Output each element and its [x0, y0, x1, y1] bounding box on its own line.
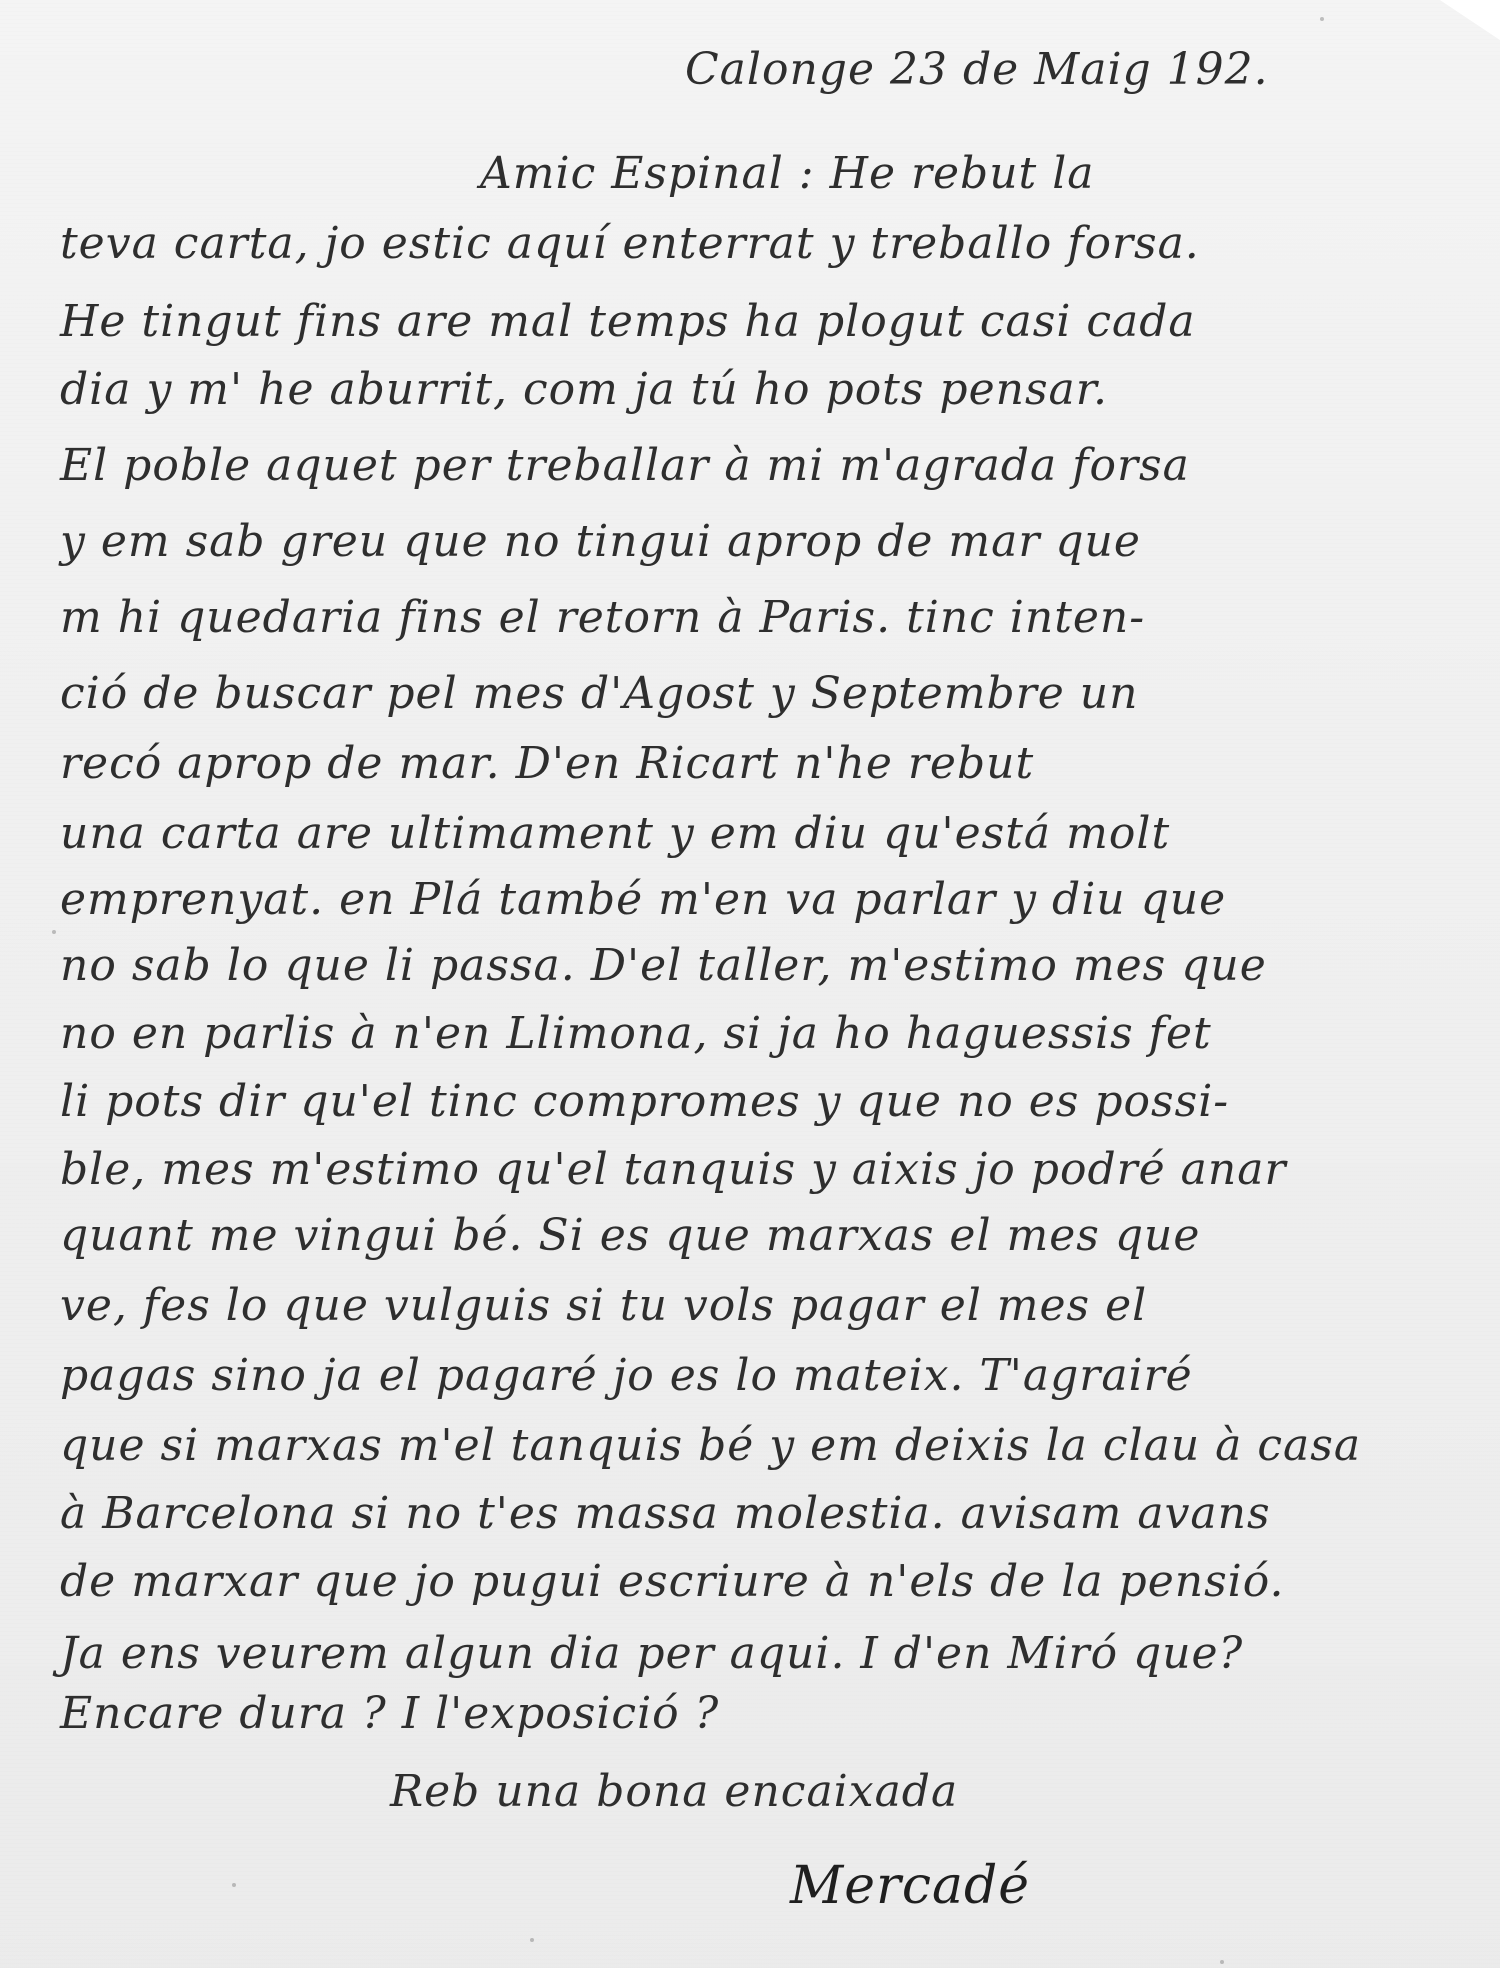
letter-line: He tingut fins are mal temps ha plogut c… — [60, 300, 1196, 344]
letter-line: Encare dura ? I l'exposició ? — [60, 1692, 719, 1736]
place-date: Calonge 23 de Maig 192. — [685, 48, 1269, 92]
letter-line: y em sab greu que no tingui aprop de mar… — [60, 520, 1141, 564]
letter-line: pagas sino ja el pagaré jo es lo mateix.… — [60, 1354, 1193, 1398]
signature: Mercadé — [790, 1860, 1030, 1912]
letter-line: de marxar que jo pugui escriure à n'els … — [60, 1560, 1284, 1604]
letter-line: Ja ens veurem algun dia per aqui. I d'en… — [60, 1632, 1243, 1676]
paper-speck — [1220, 1960, 1224, 1964]
salutation: Amic Espinal : He rebut la — [480, 152, 1095, 196]
letter-line: que si marxas m'el tanquis bé y em deixi… — [60, 1424, 1361, 1468]
page-bottom-edge — [0, 1968, 1500, 1983]
letter-line: quant me vingui bé. Si es que marxas el … — [60, 1214, 1200, 1258]
letter-line: li pots dir qu'el tinc compromes y que n… — [60, 1080, 1229, 1124]
letter-line: recó aprop de mar. D'en Ricart n'he rebu… — [60, 742, 1034, 786]
letter-line: no en parlis à n'en Llimona, si ja ho ha… — [60, 1012, 1212, 1056]
letter-line: dia y m' he aburrit, com ja tú ho pots p… — [60, 368, 1108, 412]
paper-speck — [52, 930, 56, 934]
letter-line: ve, fes lo que vulguis si tu vols pagar … — [60, 1284, 1147, 1328]
paper-speck — [232, 1883, 236, 1887]
letter-line: ció de buscar pel mes d'Agost y Septembr… — [60, 672, 1138, 716]
letter-line: no sab lo que li passa. D'el taller, m'e… — [60, 944, 1267, 988]
letter-line: emprenyat. en Plá també m'en va parlar y… — [60, 878, 1226, 922]
letter-line: El poble aquet per treballar à mi m'agra… — [60, 444, 1190, 488]
letter-paper: Calonge 23 de Maig 192. Amic Espinal : H… — [0, 0, 1500, 1968]
letter-line: teva carta, jo estic aquí enterrat y tre… — [60, 222, 1200, 266]
paper-speck — [530, 1938, 534, 1942]
letter-line: ble, mes m'estimo qu'el tanquis y aixis … — [60, 1148, 1287, 1192]
letter-line: m hi quedaria fins el retorn à Paris. ti… — [60, 596, 1145, 640]
letter-line: una carta are ultimament y em diu qu'est… — [60, 812, 1170, 856]
letter-line: à Barcelona si no t'es massa molestia. a… — [60, 1492, 1271, 1536]
paper-speck — [1320, 17, 1324, 21]
closing-phrase: Reb una bona encaixada — [390, 1770, 958, 1814]
